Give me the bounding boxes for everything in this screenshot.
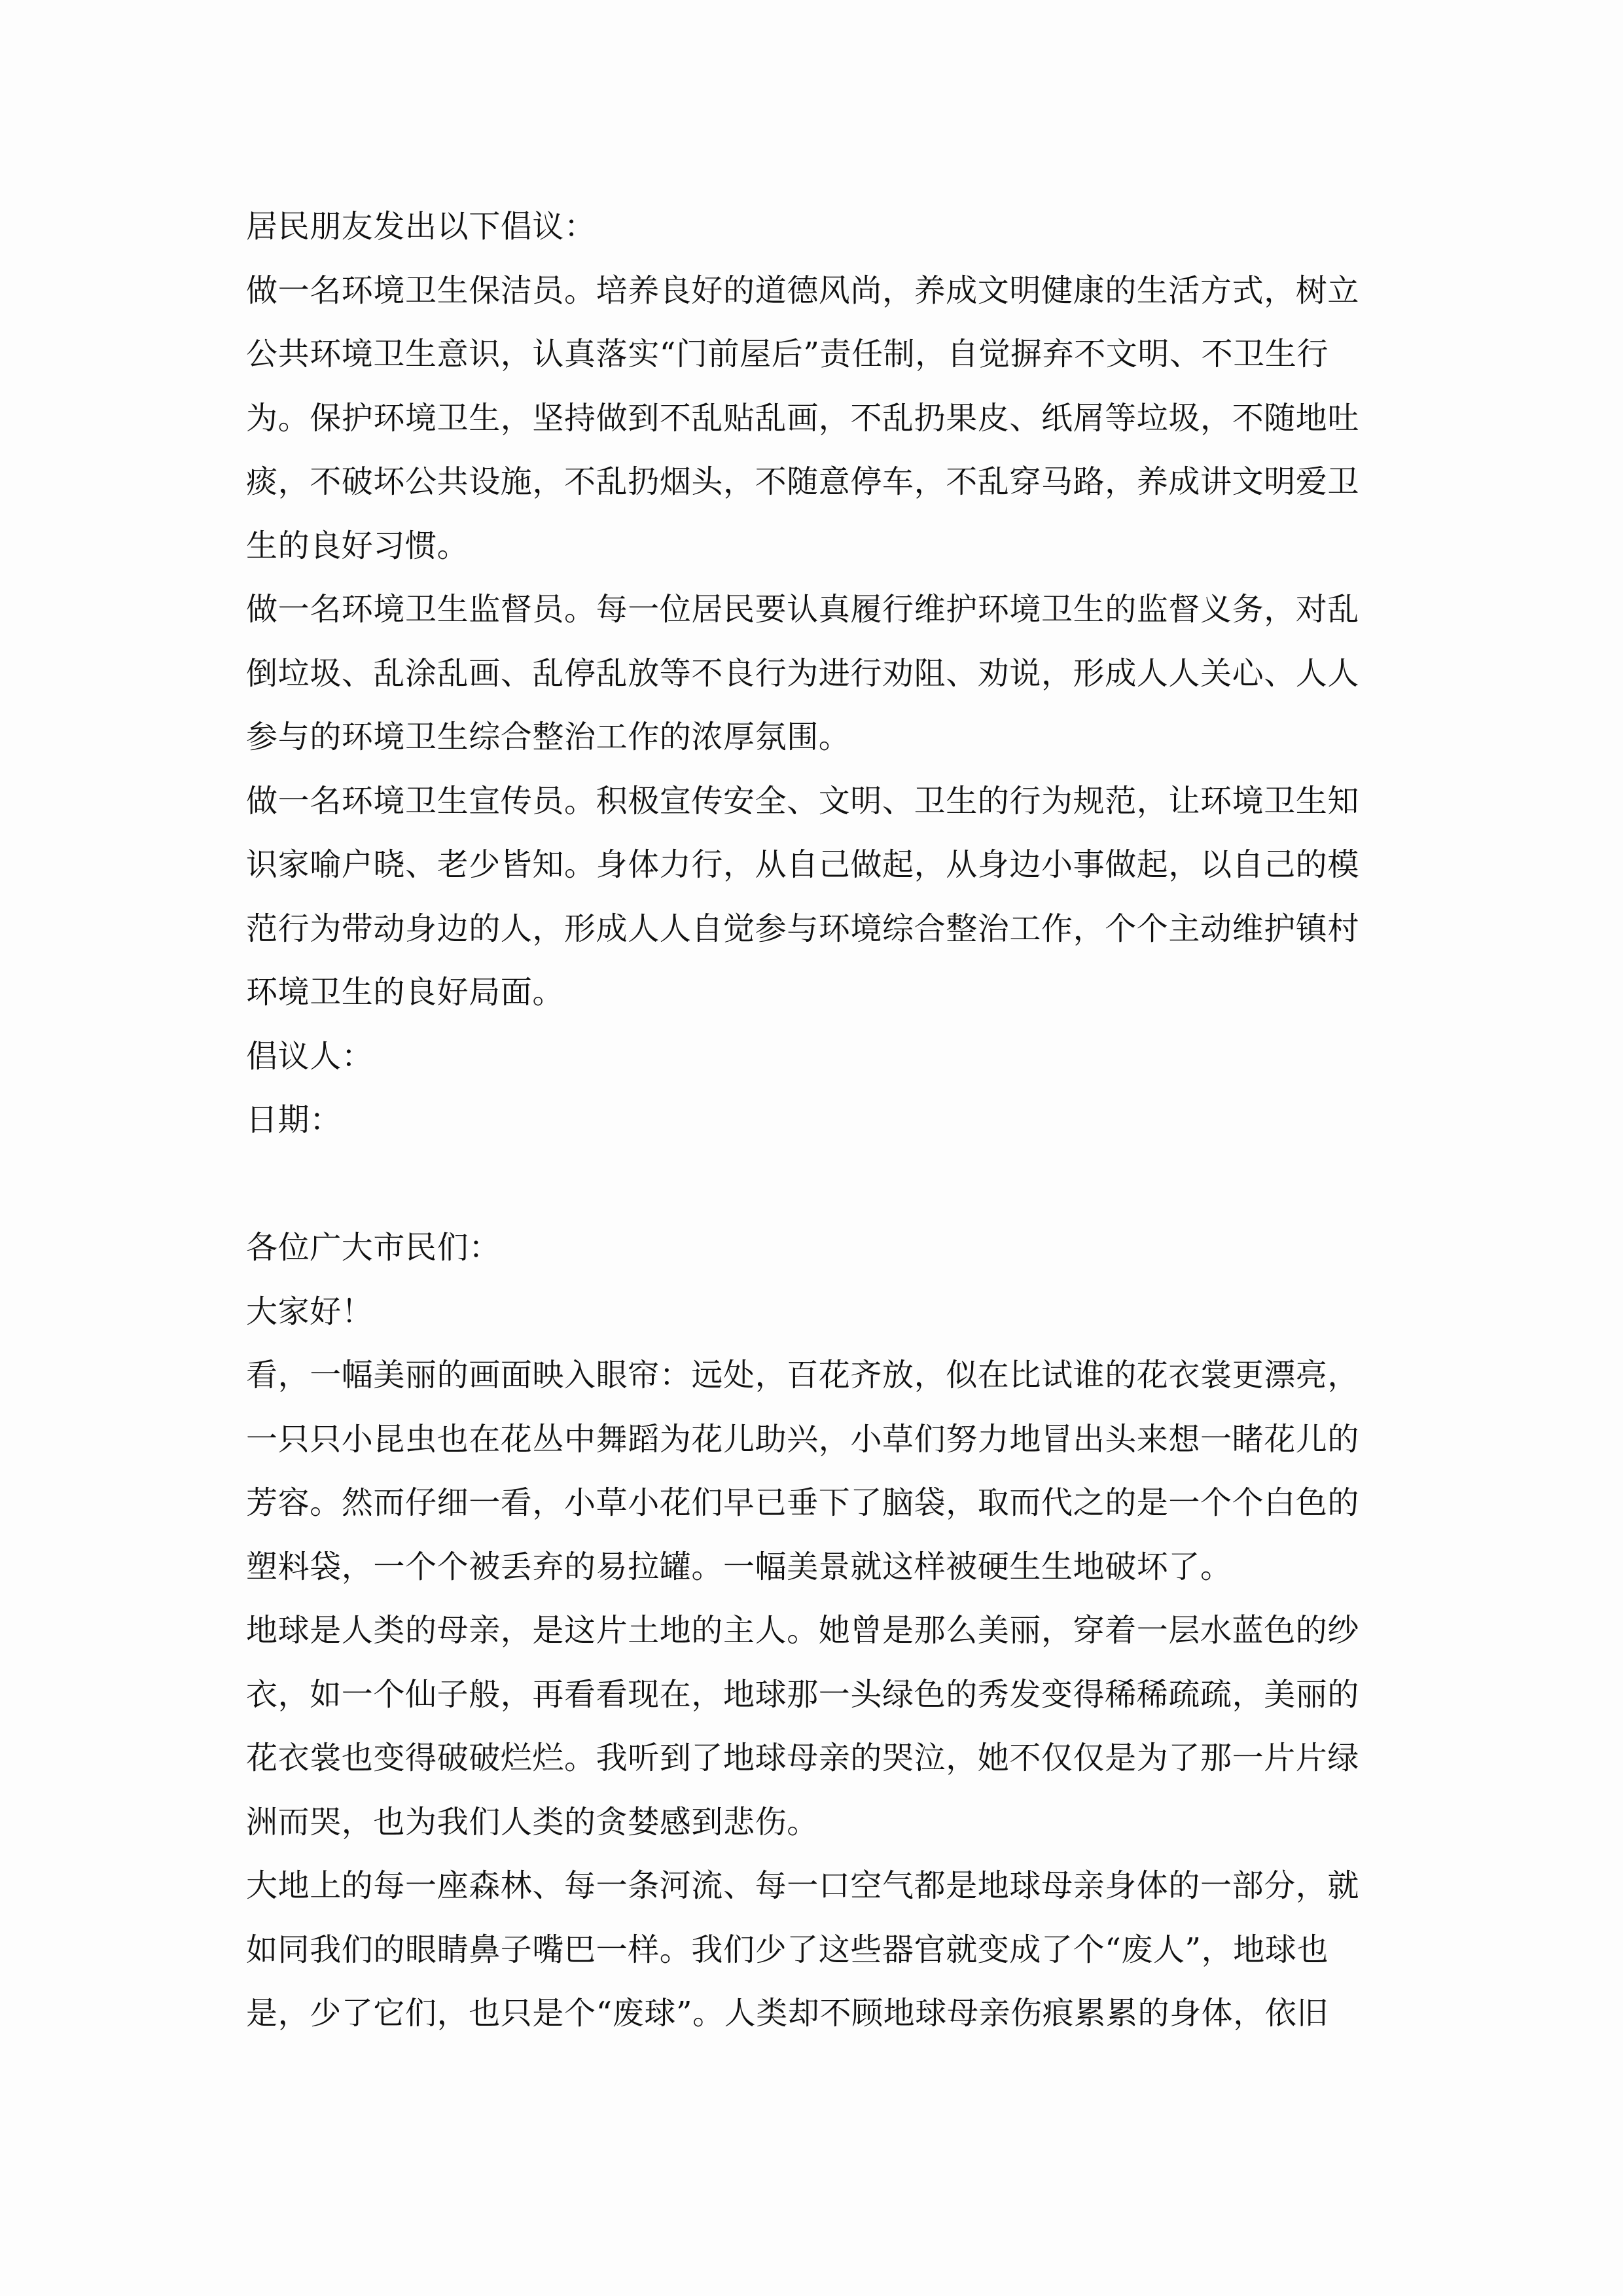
text-line: 芳容。然而仔细一看，小草小花们早已垂下了脑袋，取而代之的是一个个白色的 xyxy=(246,1471,1385,1535)
text-line-speech-salutation: 各位广大市民们： xyxy=(246,1216,1385,1280)
text-line: 做一名环境卫生保洁员。培养良好的道德风尚，养成文明健康的生活方式，树立 xyxy=(246,259,1385,323)
text-line: 为。保护环境卫生，坚持做到不乱贴乱画，不乱扔果皮、纸屑等垃圾，不随地吐 xyxy=(246,387,1385,451)
text-line: 是，少了它们，也只是个“废球”。人类却不顾地球母亲伤痕累累的身体，依旧 xyxy=(246,1982,1385,2046)
document-body: 居民朋友发出以下倡议： 做一名环境卫生保洁员。培养良好的道德风尚，养成文明健康的… xyxy=(246,195,1385,2046)
text-line: 如同我们的眼睛鼻子嘴巴一样。我们少了这些器官就变成了个“废人”，地球也 xyxy=(246,1918,1385,1982)
signature-proposer-label: 倡议人： xyxy=(246,1025,1385,1089)
text-line: 环境卫生的良好局面。 xyxy=(246,961,1385,1025)
text-line: 范行为带动身边的人，形成人人自觉参与环境综合整治工作，个个主动维护镇村 xyxy=(246,897,1385,961)
blank-line xyxy=(246,1153,1385,1217)
text-line: 公共环境卫生意识，认真落实“门前屋后”责任制，自觉摒弃不文明、不卫生行 xyxy=(246,323,1385,387)
text-line: 洲而哭，也为我们人类的贪婪感到悲伤。 xyxy=(246,1791,1385,1855)
text-line: 花衣裳也变得破破烂烂。我听到了地球母亲的哭泣，她不仅仅是为了那一片片绿 xyxy=(246,1727,1385,1791)
text-line: 做一名环境卫生宣传员。积极宣传安全、文明、卫生的行为规范，让环境卫生知 xyxy=(246,770,1385,834)
text-line: 参与的环境卫生综合整治工作的浓厚氛围。 xyxy=(246,706,1385,770)
text-line: 痰，不破坏公共设施，不乱扔烟头，不随意停车，不乱穿马路，养成讲文明爱卫 xyxy=(246,450,1385,514)
text-line: 地球是人类的母亲，是这片土地的主人。她曾是那么美丽，穿着一层水蓝色的纱 xyxy=(246,1599,1385,1663)
text-line: 倒垃圾、乱涂乱画、乱停乱放等不良行为进行劝阻、劝说，形成人人关心、人人 xyxy=(246,642,1385,706)
text-line: 生的良好习惯。 xyxy=(246,514,1385,579)
text-line: 一只只小昆虫也在花丛中舞蹈为花儿助兴，小草们努力地冒出头来想一睹花儿的 xyxy=(246,1408,1385,1472)
text-line: 大地上的每一座森林、每一条河流、每一口空气都是地球母亲身体的一部分，就 xyxy=(246,1854,1385,1918)
text-line-greeting: 大家好！ xyxy=(246,1280,1385,1344)
text-line: 衣，如一个仙子般，再看看现在，地球那一头绿色的秀发变得稀稀疏疏，美丽的 xyxy=(246,1663,1385,1727)
text-line: 做一名环境卫生监督员。每一位居民要认真履行维护环境卫生的监督义务，对乱 xyxy=(246,578,1385,642)
text-line: 塑料袋，一个个被丢弃的易拉罐。一幅美景就这样被硬生生地破坏了。 xyxy=(246,1535,1385,1600)
text-line: 识家喻户晓、老少皆知。身体力行，从自己做起，从身边小事做起，以自己的模 xyxy=(246,833,1385,897)
signature-date-label: 日期： xyxy=(246,1088,1385,1153)
text-line: 看，一幅美丽的画面映入眼帘：远处，百花齐放，似在比试谁的花衣裳更漂亮， xyxy=(246,1344,1385,1408)
text-line-proposal-greeting: 居民朋友发出以下倡议： xyxy=(246,195,1385,259)
